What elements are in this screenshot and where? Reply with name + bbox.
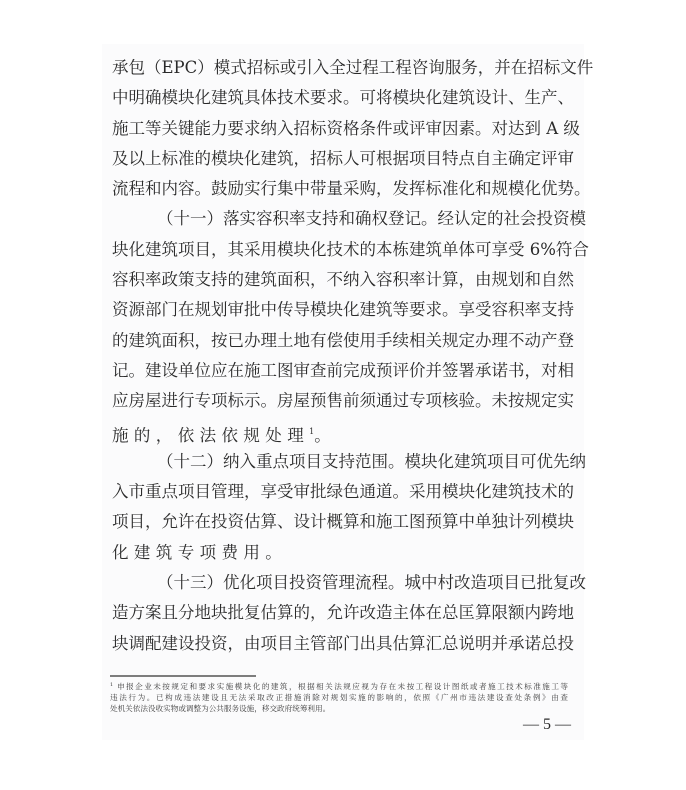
page-number: — 5 —	[522, 716, 572, 734]
text-line: 承包（EPC）模式招标或引入全过程工程咨询服务，并在招标文件	[112, 53, 574, 83]
footnote-line: 处机关依法没收实物或调整为公共服务设施，移交政府统筹利用。	[110, 703, 568, 715]
text-line: 容积率政策支持的建筑面积，不纳入容积率计算，由规划和自然	[112, 265, 574, 295]
text-line: 流程和内容。鼓励实行集中带量采购，发挥标准化和规模化优势。	[112, 174, 574, 204]
body-text: 承包（EPC）模式招标或引入全过程工程咨询服务，并在招标文件 中明确模块化建筑具…	[112, 53, 574, 659]
text-line: 及以上标准的模块化建筑，招标人可根据项目特点自主确定评审	[112, 144, 574, 174]
text-line-with-footnote: 施的，依法依规处理1。	[112, 417, 574, 447]
text-line: 资源部门在规划审批中传导模块化建筑等要求。享受容积率支持	[112, 295, 574, 325]
footnote-text: 申报企业未按规定和要求实施模块化的建筑，根据相关法规应视为存在未按工程设计图纸或…	[117, 682, 568, 691]
text-line-tail: 。	[314, 426, 336, 445]
text-line: 施工等关键能力要求纳入招标资格条件或评审因素。对达到 A 级	[112, 114, 574, 144]
footnote-line: 1 申报企业未按规定和要求实施模块化的建筑，根据相关法规应视为存在未按工程设计图…	[110, 680, 568, 692]
text-line: 中明确模块化建筑具体技术要求。可将模块化建筑设计、生产、	[112, 83, 574, 113]
text-line: 化建筑专项费用。	[112, 538, 574, 568]
footnote-line: 违法行为。已构成违法建设且无法采取改正措施消除对规划实施的影响的，依照《广州市违…	[110, 692, 568, 704]
section-heading-line: （十一）落实容积率支持和确权登记。经认定的社会投资模	[112, 204, 574, 234]
text-line: 的建筑面积，按已办理土地有偿使用手续相关规定办理不动产登	[112, 326, 574, 356]
footnote-marker: 1	[110, 682, 113, 688]
section-heading-line: （十三）优化项目投资管理流程。城中村改造项目已批复改	[112, 568, 574, 598]
text-line: 造方案且分地块批复估算的，允许改造主体在总匡算限额内跨地	[112, 598, 574, 628]
footnote: 1 申报企业未按规定和要求实施模块化的建筑，根据相关法规应视为存在未按工程设计图…	[110, 680, 568, 715]
text-line: 入市重点项目管理，享受审批绿色通道。采用模块化建筑技术的	[112, 477, 574, 507]
text-line: 块化建筑项目，其采用模块化技术的本栋建筑单体可享受 6%符合	[112, 235, 574, 265]
document-page: 承包（EPC）模式招标或引入全过程工程咨询服务，并在招标文件 中明确模块化建筑具…	[102, 44, 584, 740]
footnote-separator	[110, 675, 256, 677]
text-line: 块调配建设投资，由项目主管部门出具估算汇总说明并承诺总投	[112, 629, 574, 659]
text-line-content: 施的，依法依规处理	[112, 426, 309, 445]
section-heading-line: （十二）纳入重点项目支持范围。模块化建筑项目可优先纳	[112, 447, 574, 477]
text-line: 记。建设单位应在施工图审查前完成预评价并签署承诺书，对相	[112, 356, 574, 386]
text-line: 应房屋进行专项标示。房屋预售前须通过专项核验。未按规定实	[112, 386, 574, 416]
text-line: 项目，允许在投资估算、设计概算和施工图预算中单独计列模块	[112, 507, 574, 537]
